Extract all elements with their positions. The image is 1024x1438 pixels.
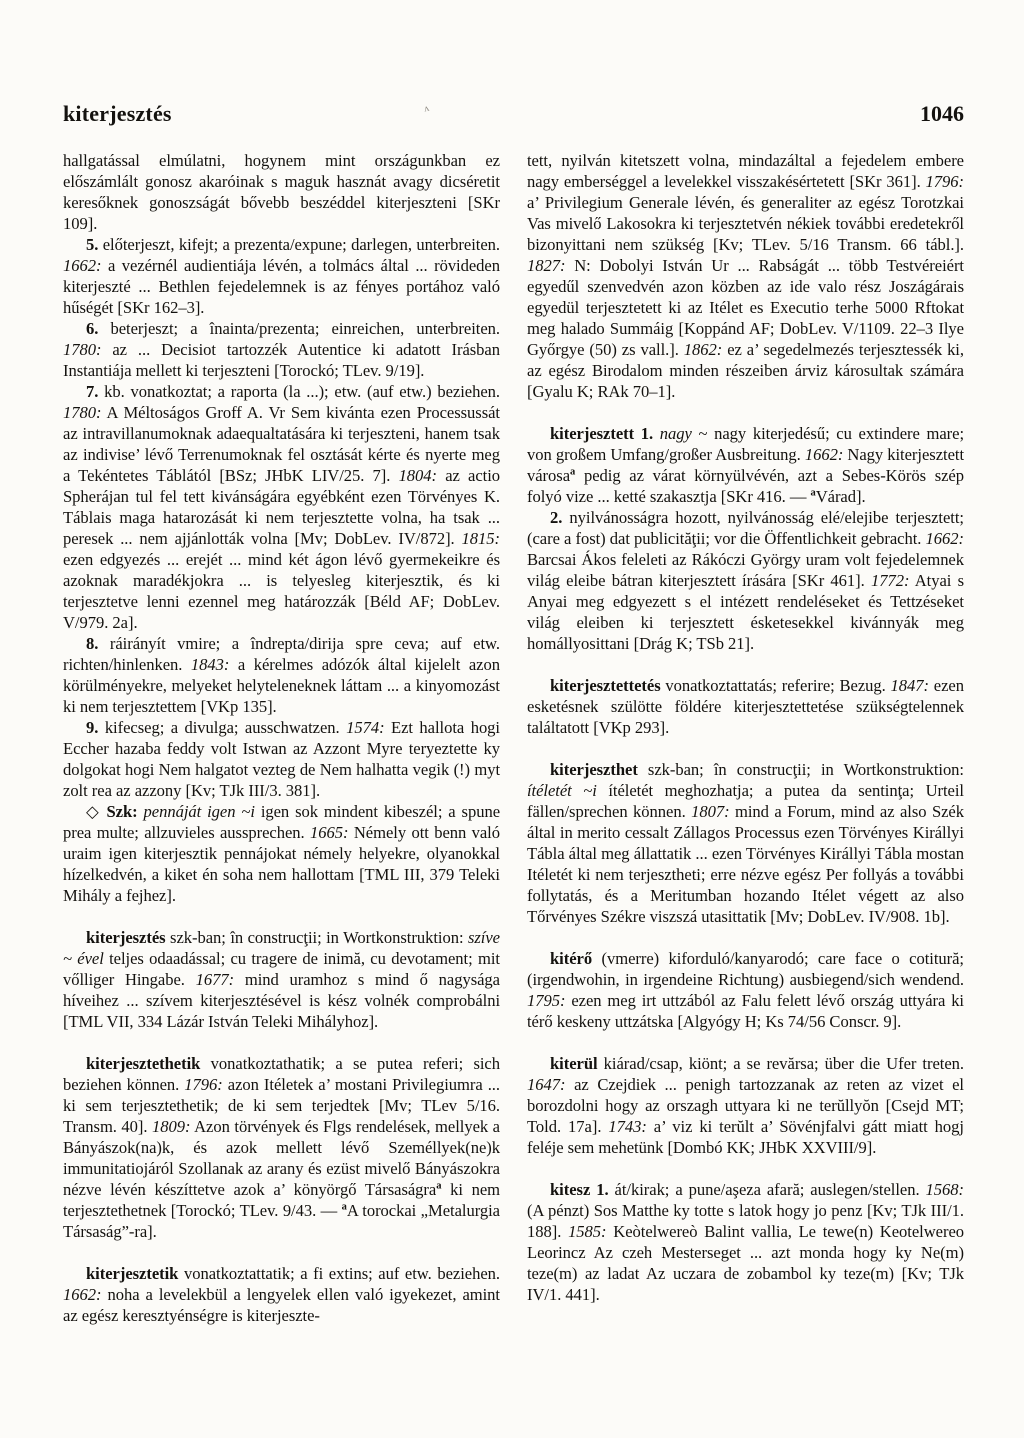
text-run: kiterjesztettetés: [550, 676, 665, 695]
right-column: tett, nyilván kitetszett volna, mindazál…: [527, 150, 964, 1326]
text-run: ezen edgyezés ... erejét ... mind két ág…: [63, 550, 500, 632]
text-run: 1807:: [691, 802, 729, 821]
text-run: vonatkoztattatik; a fi extins; auf etw. …: [184, 1264, 500, 1283]
text-run: 1662:: [63, 1285, 101, 1304]
text-columns: hallgatással elmúlatni, hogynem mint ors…: [63, 150, 964, 1326]
running-head: kiterjesztés: [63, 101, 172, 127]
dictionary-paragraph: kiterjesztethetik vonatkoztathatik; a se…: [63, 1053, 500, 1242]
dictionary-paragraph: 7. kb. vonatkoztat; a raporta (la ...); …: [63, 381, 500, 633]
dictionary-paragraph: kiterül kiárad/csap, kiönt; a se revărsa…: [527, 1053, 964, 1158]
text-run: kiárad/csap, kiönt; a se revărsa; über d…: [604, 1054, 964, 1073]
text-run: tett, nyilván kitetszett volna, mindazál…: [527, 151, 964, 191]
text-run: Várad].: [816, 487, 866, 506]
text-run: hallgatással elmúlatni, hogynem mint ors…: [63, 151, 500, 233]
text-run: 1780:: [63, 340, 101, 359]
text-run: Szk:: [106, 802, 143, 821]
page-header: kiterjesztés 1046: [63, 101, 964, 127]
dictionary-paragraph: 9. kifecseg; a divulga; ausschwatzen. 15…: [63, 717, 500, 801]
dictionary-page: kiterjesztés 1046 ʌ hallgatással elmúlat…: [0, 0, 1024, 1438]
text-run: kitesz 1.: [550, 1180, 615, 1199]
text-run: 1862:: [684, 340, 722, 359]
dictionary-paragraph: kiterjesztés szk-ban; în construcţii; in…: [63, 927, 500, 1032]
text-run: 1815:: [462, 529, 500, 548]
text-run: kifecseg; a divulga; ausschwatzen.: [105, 718, 346, 737]
text-run: 1827:: [527, 256, 565, 275]
text-run: az ... Decisiot tartozzék Autentice ki a…: [63, 340, 500, 380]
text-run: ◇: [86, 802, 106, 821]
text-run: 1647:: [527, 1075, 565, 1094]
text-run: kiterjesztetik: [86, 1264, 184, 1283]
text-run: 8.: [86, 634, 110, 653]
text-run: kiterjesztethetik: [86, 1054, 211, 1073]
text-run: 2.: [550, 508, 569, 527]
text-run: beterjeszt; a înainta/prezenta; einreich…: [110, 319, 500, 338]
dictionary-paragraph: kitérő (vmerre) kiforduló/kanyarodó; car…: [527, 948, 964, 1032]
text-run: 1796:: [926, 172, 964, 191]
text-run: kitérő: [550, 949, 601, 968]
text-run: kiterül: [550, 1054, 604, 1073]
dictionary-paragraph: kitesz 1. át/kirak; a pune/aşeza afară; …: [527, 1179, 964, 1305]
text-run: 1795:: [527, 991, 565, 1010]
text-run: szk-ban; în construcţii; in Wortkonstruk…: [648, 760, 964, 779]
text-run: 9.: [86, 718, 105, 737]
text-run: 5.: [86, 235, 103, 254]
text-run: noha a levelekbül a lengyelek ellen való…: [63, 1285, 500, 1325]
dictionary-paragraph: kiterjesztettetés vonatkoztattatás; refe…: [527, 675, 964, 738]
text-run: szk-ban; în construcţii; in Wortkonstruk…: [170, 928, 468, 947]
text-run: 1809:: [152, 1117, 190, 1136]
text-run: kb. vonatkoztat; a raporta (la ...); etw…: [104, 382, 500, 401]
text-run: 7.: [86, 382, 104, 401]
text-run: a’ Privilegium Generale lévén, és genera…: [527, 193, 964, 254]
page-number: 1046: [920, 101, 964, 127]
text-run: át/kirak; a pune/aşeza afară; auslegen/s…: [615, 1180, 926, 1199]
dictionary-paragraph: hallgatással elmúlatni, hogynem mint ors…: [63, 150, 500, 234]
text-run: 1568:: [926, 1180, 964, 1199]
text-run: a vezérnél audientiája lévén, a tolmács …: [63, 256, 500, 317]
text-run: ítéletét ~i: [527, 781, 608, 800]
text-run: 1772:: [871, 571, 909, 590]
text-run: vonatkoztattatás; referire; Bezug.: [665, 676, 890, 695]
dictionary-paragraph: 6. beterjeszt; a înainta/prezenta; einre…: [63, 318, 500, 381]
dictionary-paragraph: kiterjesztett 1. nagy ~ nagy kiterjedésű…: [527, 423, 964, 507]
dictionary-paragraph: 5. előterjeszt, kifejt; a prezenta/expun…: [63, 234, 500, 318]
text-run: 1574:: [346, 718, 384, 737]
dictionary-paragraph: kiterjeszthet szk-ban; în construcţii; i…: [527, 759, 964, 927]
text-run: előterjeszt, kifejt; a prezenta/expune; …: [103, 235, 500, 254]
text-run: 1665:: [310, 823, 348, 842]
text-run: 1662:: [926, 529, 964, 548]
dictionary-paragraph: kiterjesztetik vonatkoztattatik; a fi ex…: [63, 1263, 500, 1326]
text-run: nagy: [660, 424, 699, 443]
text-run: pennáját igen ~i: [144, 802, 261, 821]
text-run: nyilvánosságra hozott, nyilvánosság elé/…: [527, 508, 964, 548]
text-run: 1662:: [805, 445, 843, 464]
text-run: 1804:: [399, 466, 437, 485]
text-run: 1847:: [891, 676, 929, 695]
text-run: pedig az várat környülvévén, azt a Sebes…: [527, 466, 964, 506]
dictionary-paragraph: tett, nyilván kitetszett volna, mindazál…: [527, 150, 964, 402]
text-run: ezen meg irt uttzából az Falu felett lév…: [527, 991, 964, 1031]
dictionary-paragraph: 2. nyilvánosságra hozott, nyilvánosság e…: [527, 507, 964, 654]
text-run: kiterjesztés: [86, 928, 170, 947]
dictionary-paragraph: ◇ Szk: pennáját igen ~i igen sok mindent…: [63, 801, 500, 906]
text-run: 1796:: [184, 1075, 222, 1094]
text-run: 6.: [86, 319, 110, 338]
dictionary-paragraph: 8. ráirányít vmire; a îndrepta/dirija sp…: [63, 633, 500, 717]
text-run: kiterjesztett 1.: [550, 424, 660, 443]
text-run: 1662:: [63, 256, 101, 275]
text-run: 1677:: [196, 970, 234, 989]
text-run: kiterjeszthet: [550, 760, 648, 779]
text-run: 1585:: [568, 1222, 606, 1241]
text-run: 1743:: [608, 1117, 646, 1136]
text-run: 1843:: [191, 655, 229, 674]
left-column: hallgatással elmúlatni, hogynem mint ors…: [63, 150, 500, 1326]
text-run: 1780:: [63, 403, 101, 422]
